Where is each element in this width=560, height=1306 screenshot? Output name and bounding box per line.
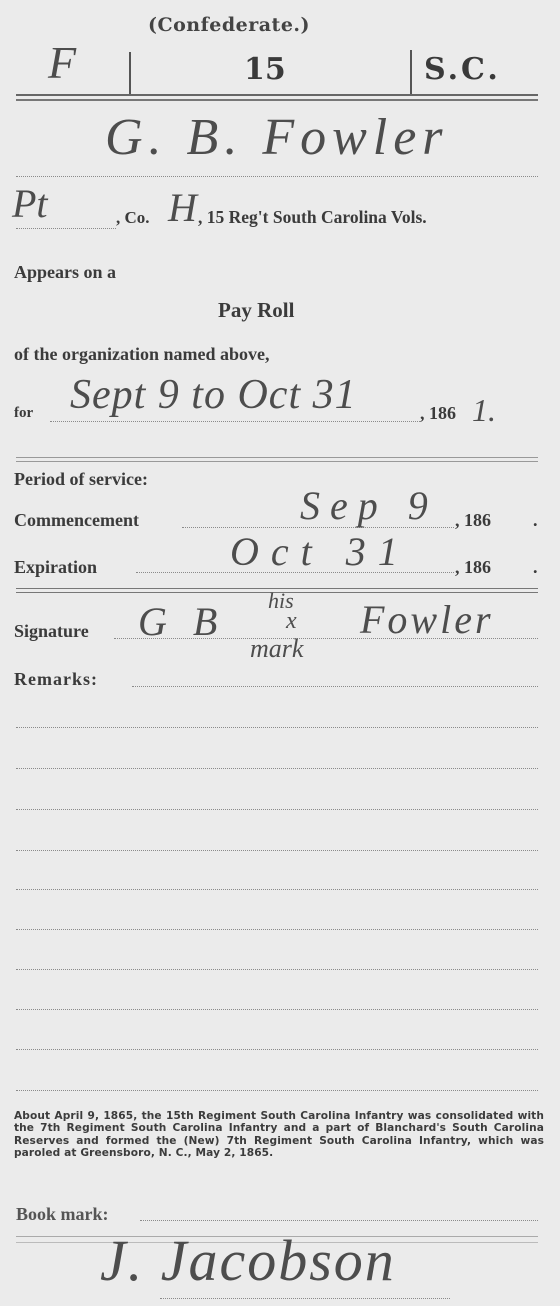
signature-mark: mark: [250, 634, 303, 664]
signature-last: Fowler: [360, 596, 494, 643]
expiration-year: , 186: [455, 557, 491, 578]
service-heading: Period of service:: [14, 469, 148, 490]
for-year-prefix: , 186: [420, 403, 456, 424]
appears-on-text: Appears on a: [14, 262, 116, 283]
remarks-line-3: [16, 809, 538, 810]
remarks-line-9: [16, 1049, 538, 1050]
remarks-line-6: [16, 929, 538, 930]
remarks-line-0: [132, 686, 538, 687]
soldier-rank: Pt: [12, 182, 48, 226]
state-abbrev: S.C.: [424, 52, 501, 87]
regiment-text: , 15 Reg't South Carolina Vols.: [198, 207, 427, 228]
for-line: [50, 421, 420, 422]
bookmark-label: Book mark:: [16, 1204, 109, 1225]
remarks-line-2: [16, 768, 538, 769]
soldier-company: H: [168, 186, 197, 230]
expiration-year-dot: .: [533, 557, 538, 578]
for-period: Sept 9 to Oct 31: [70, 370, 357, 420]
header-rule-top: [16, 94, 538, 96]
header: (Confederate.) F 15 S.C.: [0, 0, 560, 100]
record-type: Pay Roll: [218, 298, 294, 323]
expiration-value: Oct 31: [230, 528, 410, 576]
remarks-line-4: [16, 850, 538, 851]
section-rule-1a: [16, 457, 538, 458]
company-label: , Co.: [116, 208, 150, 228]
commencement-year-dot: .: [533, 510, 538, 531]
soldier-name: G. B. Fowler: [105, 108, 449, 168]
header-divider-left: [129, 52, 131, 94]
regiment-number: 15: [244, 52, 286, 87]
rank-line: [16, 228, 116, 229]
remarks-label: Remarks:: [14, 669, 98, 690]
clerk-signature: J. Jacobson: [100, 1226, 396, 1296]
commencement-label: Commencement: [14, 510, 139, 531]
signature-label: Signature: [14, 621, 89, 642]
remarks-line-7: [16, 969, 538, 970]
name-line: [16, 176, 538, 177]
header-rule-bottom: [16, 99, 538, 101]
expiration-label: Expiration: [14, 557, 97, 578]
bookmark-line: [140, 1220, 538, 1221]
commencement-year: , 186: [455, 510, 491, 531]
historical-footnote: About April 9, 1865, the 15th Regiment S…: [14, 1110, 544, 1160]
confederate-label: (Confederate.): [148, 14, 310, 36]
for-year-suffix: 1.: [472, 392, 496, 429]
remarks-line-1: [16, 727, 538, 728]
for-label: for: [14, 405, 33, 422]
clerk-line: [160, 1298, 450, 1299]
section-rule-1b: [16, 461, 538, 462]
remarks-line-8: [16, 1009, 538, 1010]
remarks-line-5: [16, 889, 538, 890]
signature-mark-x: x: [286, 608, 297, 635]
signature-first: G B: [138, 598, 225, 645]
remarks-line-10: [16, 1090, 538, 1091]
organization-text: of the organization named above,: [14, 344, 270, 365]
commencement-value: Sep 9: [300, 482, 438, 530]
header-divider-right: [410, 50, 412, 94]
initial-mark: F: [48, 40, 76, 86]
